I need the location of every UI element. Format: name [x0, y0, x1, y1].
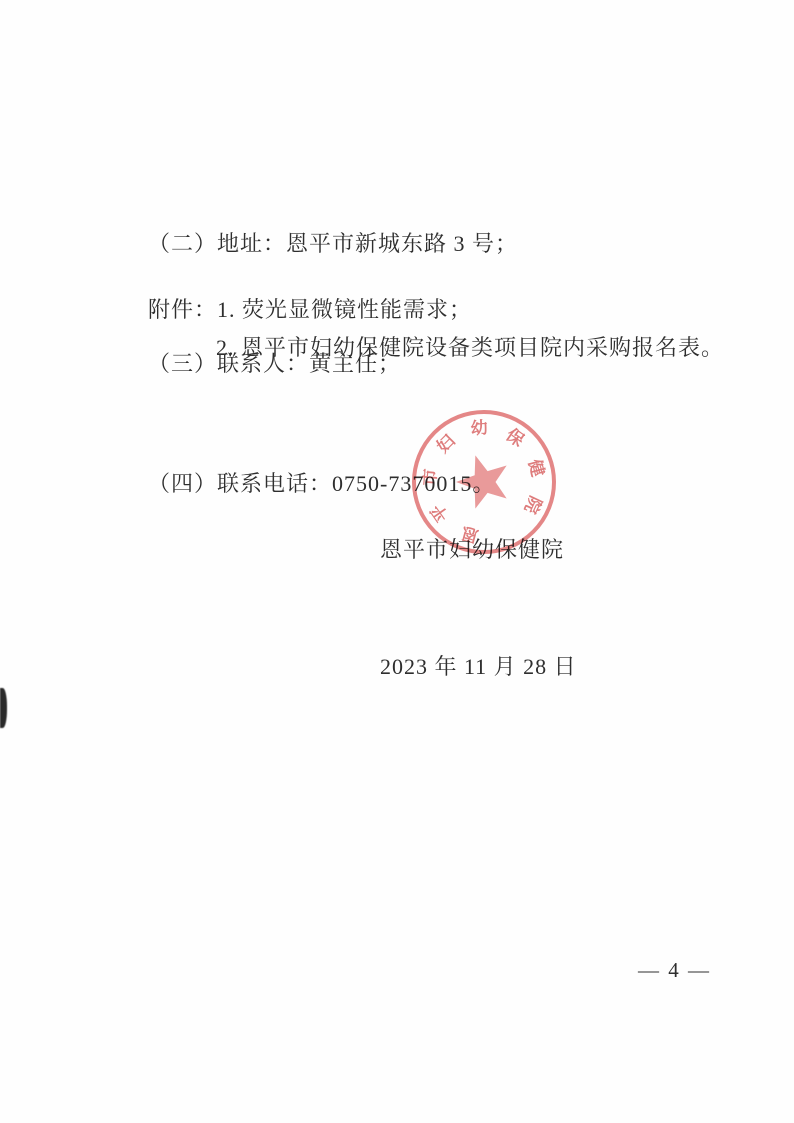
scan-edge-artifact: [0, 688, 7, 728]
page-number: — 4 —: [638, 958, 711, 983]
signature-org: 恩平市妇幼保健院: [380, 530, 620, 569]
body-line-address: （二）地址：恩平市新城东路 3 号；: [148, 224, 518, 264]
signature-date: 2023 年 11 月 28 日: [380, 647, 620, 686]
attachment-item-1: 1. 荧光显微镜性能需求；: [217, 297, 472, 322]
document-page: （二）地址：恩平市新城东路 3 号； （三）联系人：黄主任； （四）联系电话：0…: [0, 0, 794, 1123]
attachment-item-2: 2. 恩平市妇幼保健院设备类项目院内采购报名表。: [216, 335, 724, 360]
attachment-line-2: 2. 恩平市妇幼保健院设备类项目院内采购报名表。: [148, 329, 724, 367]
attachment-line-1: 附件：1. 荧光显微镜性能需求；: [148, 291, 724, 329]
attachment-label: 附件：: [148, 297, 217, 322]
attachment-block: 附件：1. 荧光显微镜性能需求； 2. 恩平市妇幼保健院设备类项目院内采购报名表…: [148, 291, 724, 367]
signature-block: 恩平市妇幼保健院 2023 年 11 月 28 日: [380, 452, 620, 764]
